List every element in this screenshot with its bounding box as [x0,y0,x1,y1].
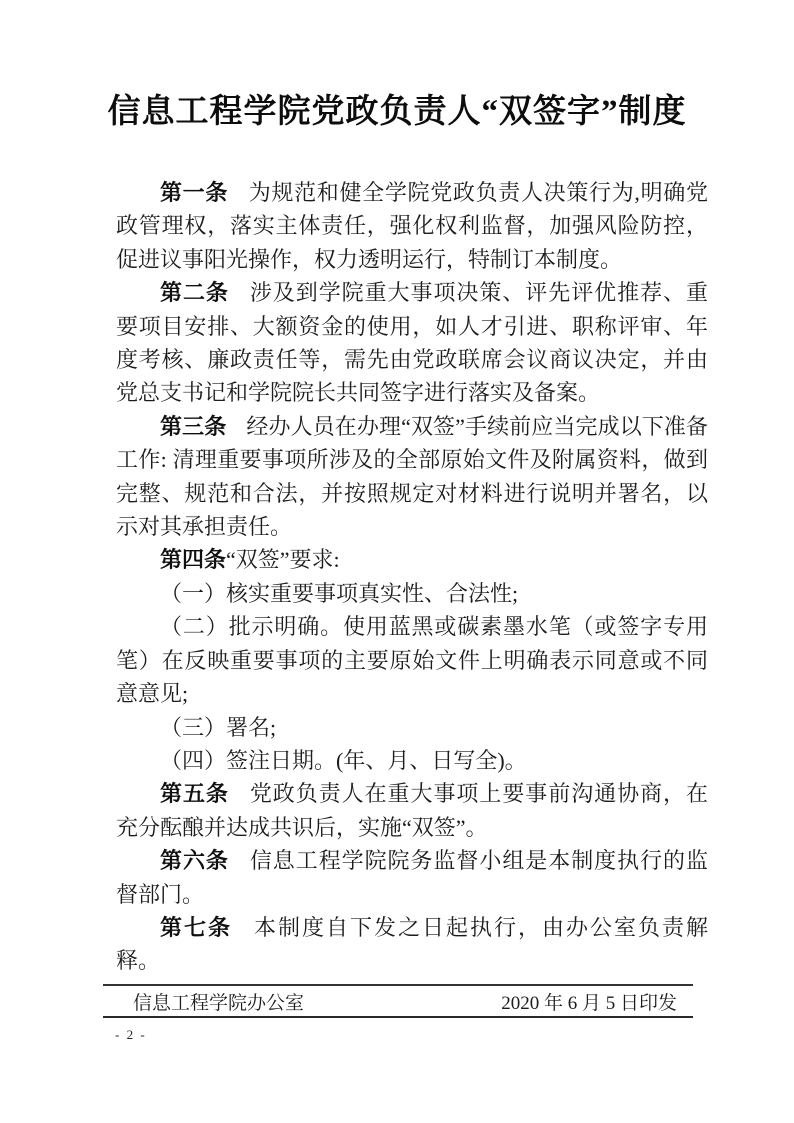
article-6-number: 第六条 [160,848,229,873]
article-2-number: 第二条 [160,280,229,305]
item-3-text: （三）署名; [160,715,276,740]
document-body: 第一条为规范和健全学院党政负责人决策行为,明确党政管理权，落实主体责任，强化权利… [116,176,708,978]
page-number: - 2 - [115,1027,147,1043]
article-4-item-1: （一）核实重要事项真实性、合法性; [116,577,708,610]
article-7: 第七条本制度自下发之日起执行，由办公室负责解释。 [116,911,708,978]
article-5: 第五条党政负责人在重大事项上要事前沟通协商，在充分酝酿并达成共识后，实施“双签”… [116,777,708,844]
footer-band: 信息工程学院办公室 2020 年 6 月 5 日印发 [103,984,693,1018]
item-2-text: （二）批示明确。使用蓝黑或碳素墨水笔（或签字专用笔）在反映重要事项的主要原始文件… [116,614,708,706]
article-1: 第一条为规范和健全学院党政负责人决策行为,明确党政管理权，落实主体责任，强化权利… [116,176,708,276]
article-4-item-2: （二）批示明确。使用蓝黑或碳素墨水笔（或签字专用笔）在反映重要事项的主要原始文件… [116,610,708,710]
article-4-item-4: （四）签注日期。(年、月、日写全)。 [116,744,708,777]
article-2: 第二条涉及到学院重大事项决策、评先评优推荐、重要项目安排、大额资金的使用，如人才… [116,276,708,410]
article-4-number: 第四条 [160,547,226,572]
article-4-text: “双签”要求: [226,547,340,572]
footer-print-date: 2020 年 6 月 5 日印发 [501,988,677,1015]
item-1-text: （一）核实重要事项真实性、合法性; [160,581,518,606]
item-4-text: （四）签注日期。(年、月、日写全)。 [160,748,527,773]
article-4-item-3: （三）署名; [116,711,708,744]
document-page: 信息工程学院党政负责人“双签字”制度 第一条为规范和健全学院党政负责人决策行为,… [0,0,794,1123]
article-1-number: 第一条 [160,180,228,205]
article-7-number: 第七条 [160,915,232,940]
footer-issuer: 信息工程学院办公室 [133,988,304,1015]
article-5-number: 第五条 [160,781,229,806]
article-4: 第四条“双签”要求: [116,543,708,576]
article-6: 第六条信息工程学院院务监督小组是本制度执行的监督部门。 [116,844,708,911]
article-3: 第三条经办人员在办理“双签”手续前应当完成以下准备工作: 清理重要事项所涉及的全… [116,410,708,544]
article-3-number: 第三条 [160,414,226,439]
document-title: 信息工程学院党政负责人“双签字”制度 [30,90,764,134]
